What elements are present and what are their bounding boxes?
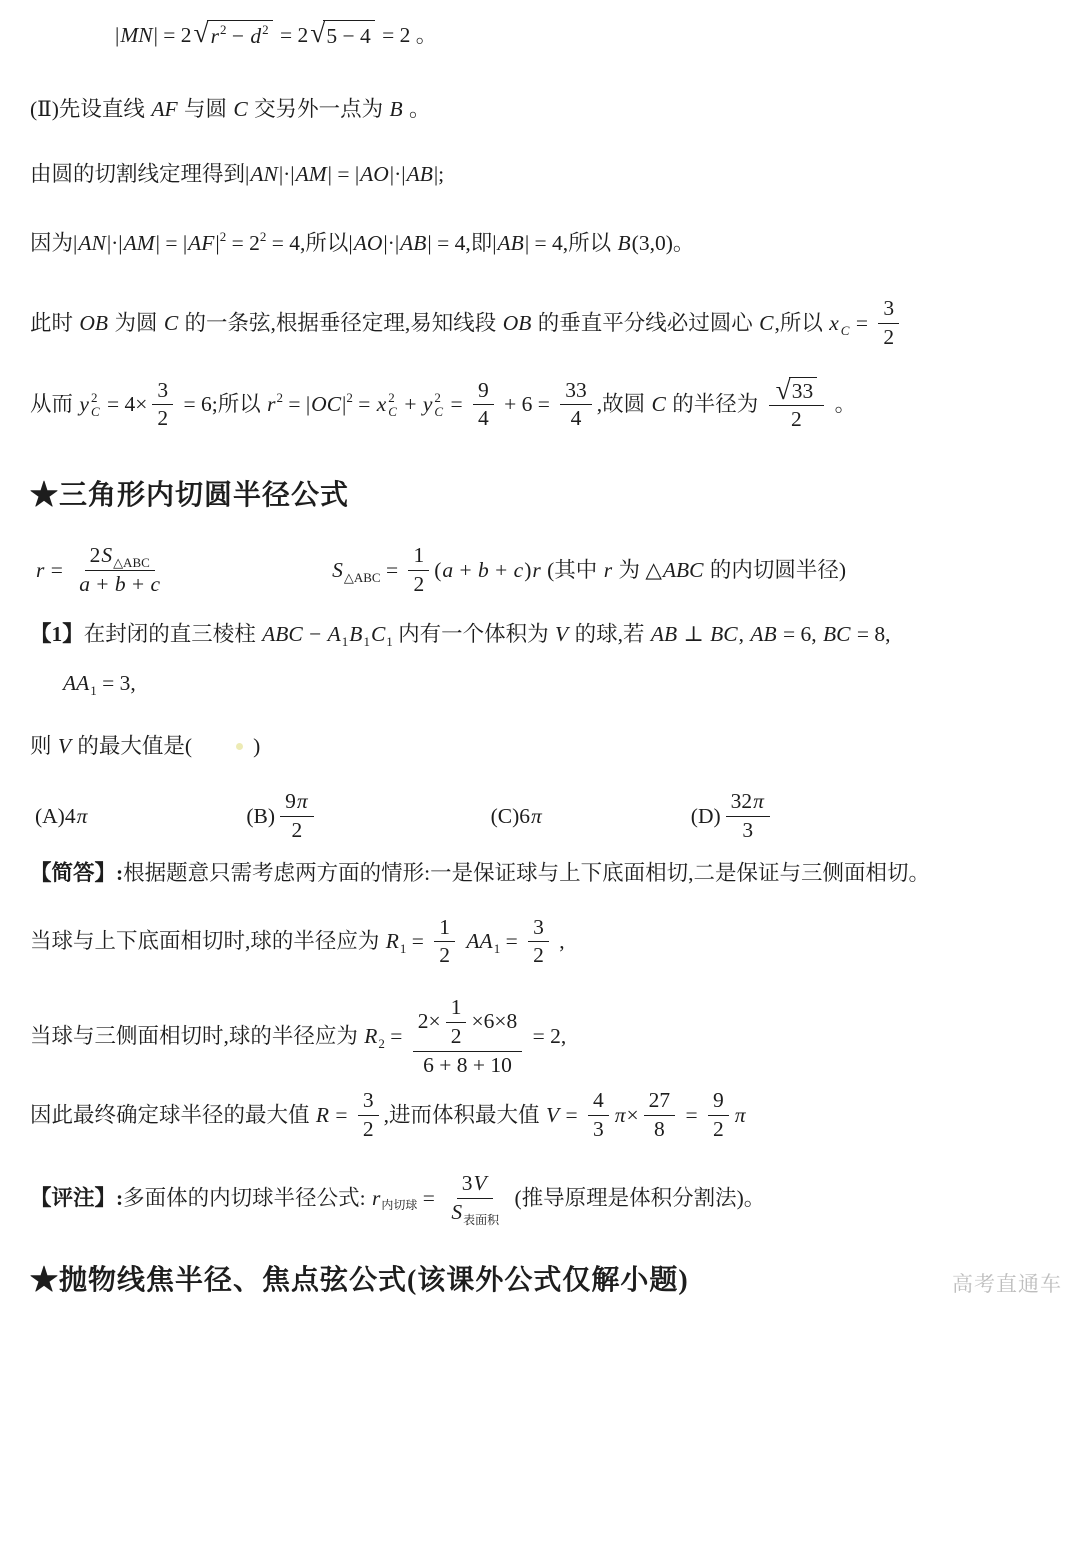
incircle-section-body: r = 2S△ABCa + b + cS△ABC = 12(a + b + c)… xyxy=(30,543,1062,1225)
fraction: 32 xyxy=(878,296,899,351)
conclusion-max-volume: 因此最终确定球半径的最大值 R = 32,进而体积最大值 V = 43π×278… xyxy=(30,1088,1062,1143)
fraction: 32π3 xyxy=(726,789,770,844)
remark-insphere-formula: 【评注】:多面体的内切球半径公式: r内切球 = 3VS表面积 (推导原理是体积… xyxy=(30,1171,1062,1226)
fraction: 2×12×6×86 + 8 + 10 xyxy=(413,995,522,1078)
fraction: 334 xyxy=(560,378,592,433)
fraction: 43 xyxy=(588,1088,609,1143)
square-root: √5 − 4 xyxy=(310,20,375,51)
problem-1-statement: 【1】在封闭的直三棱柱 ABC − A1B1C1 内有一个体积为 V 的球,若 … xyxy=(30,620,1062,649)
section-heading-parabola: ★抛物线焦半径、焦点弦公式(该课外公式仅解小题) xyxy=(30,1258,689,1298)
problem-1-question: 则 V 的最大值是() xyxy=(30,732,1062,761)
problem-1-statement-cont: AA1 = 3, xyxy=(30,669,1062,698)
fraction: 9π2 xyxy=(280,789,314,844)
fraction: 12 xyxy=(446,995,467,1050)
fraction: 32 xyxy=(528,915,549,970)
square-root: √33 xyxy=(776,377,818,405)
bottom-row: ★抛物线焦半径、焦点弦公式(该课外公式仅解小题) 高考直通车 xyxy=(30,1258,1062,1298)
brief-answer-intro: 【简答】:根据题意只需考虑两方面的情形:一是保证球与上下底面相切,二是保证与三侧… xyxy=(30,859,1062,888)
fraction: 12 xyxy=(408,543,429,598)
line-part2-setup: (Ⅱ)先设直线 AF 与圆 C 交另外一点为 B 。 xyxy=(30,95,1062,124)
fraction: 94 xyxy=(473,378,494,433)
watermark-gaokao-zhitongche: 高考直通车 xyxy=(952,1268,1062,1298)
case-tangent-three-sides: 当球与三侧面相切时,球的半径应为 R2 = 2×12×6×86 + 8 + 10… xyxy=(30,995,1062,1078)
document-page: |MN| = 2√r2 − d2 = 2√5 − 4 = 2 。(Ⅱ)先设直线 … xyxy=(0,0,1080,1558)
fraction: 12 xyxy=(434,915,455,970)
formula-incircle-radius: r = 2S△ABCa + b + cS△ABC = 12(a + b + c)… xyxy=(30,543,1062,598)
fraction: 3VS表面积 xyxy=(445,1171,504,1226)
fraction: 278 xyxy=(644,1088,676,1143)
case-tangent-top-bottom: 当球与上下底面相切时,球的半径应为 R1 = 12 AA1 = 32 , xyxy=(30,915,1062,970)
line-secant-theorem: 由圆的切割线定理得到|AN|·|AM| = |AO|·|AB|; xyxy=(30,160,1062,189)
problem-1-options: (A)4π(B)9π2(C)6π(D)32π3 xyxy=(30,789,1062,844)
fraction: 92 xyxy=(708,1088,729,1143)
fraction: 32 xyxy=(152,378,173,433)
fraction: 2S△ABCa + b + c xyxy=(73,543,166,598)
highlight-dot xyxy=(236,743,243,750)
solution-part1-section: |MN| = 2√r2 − d2 = 2√5 − 4 = 2 。(Ⅱ)先设直线 … xyxy=(30,20,1062,433)
fraction: √332 xyxy=(769,377,825,434)
section-heading-incircle: ★三角形内切圆半径公式 xyxy=(30,473,1062,513)
line-radius-of-circle-c: 从而 y2C = 4×32 = 6;所以 r2 = |OC|2 = x2C + … xyxy=(30,377,1062,434)
fraction: 32 xyxy=(358,1088,379,1143)
line-ab-equals-4: 因为|AN|·|AM| = |AF|2 = 22 = 4,所以|AO|·|AB|… xyxy=(30,229,1062,258)
line-chord-perpendicular-bisector: 此时 OB 为圆 C 的一条弦,根据垂径定理,易知线段 OB 的垂直平分线必过圆… xyxy=(30,296,1062,351)
square-root: √r2 − d2 xyxy=(194,20,273,51)
formula-mn-chord-length: |MN| = 2√r2 − d2 = 2√5 − 4 = 2 。 xyxy=(30,20,1062,51)
